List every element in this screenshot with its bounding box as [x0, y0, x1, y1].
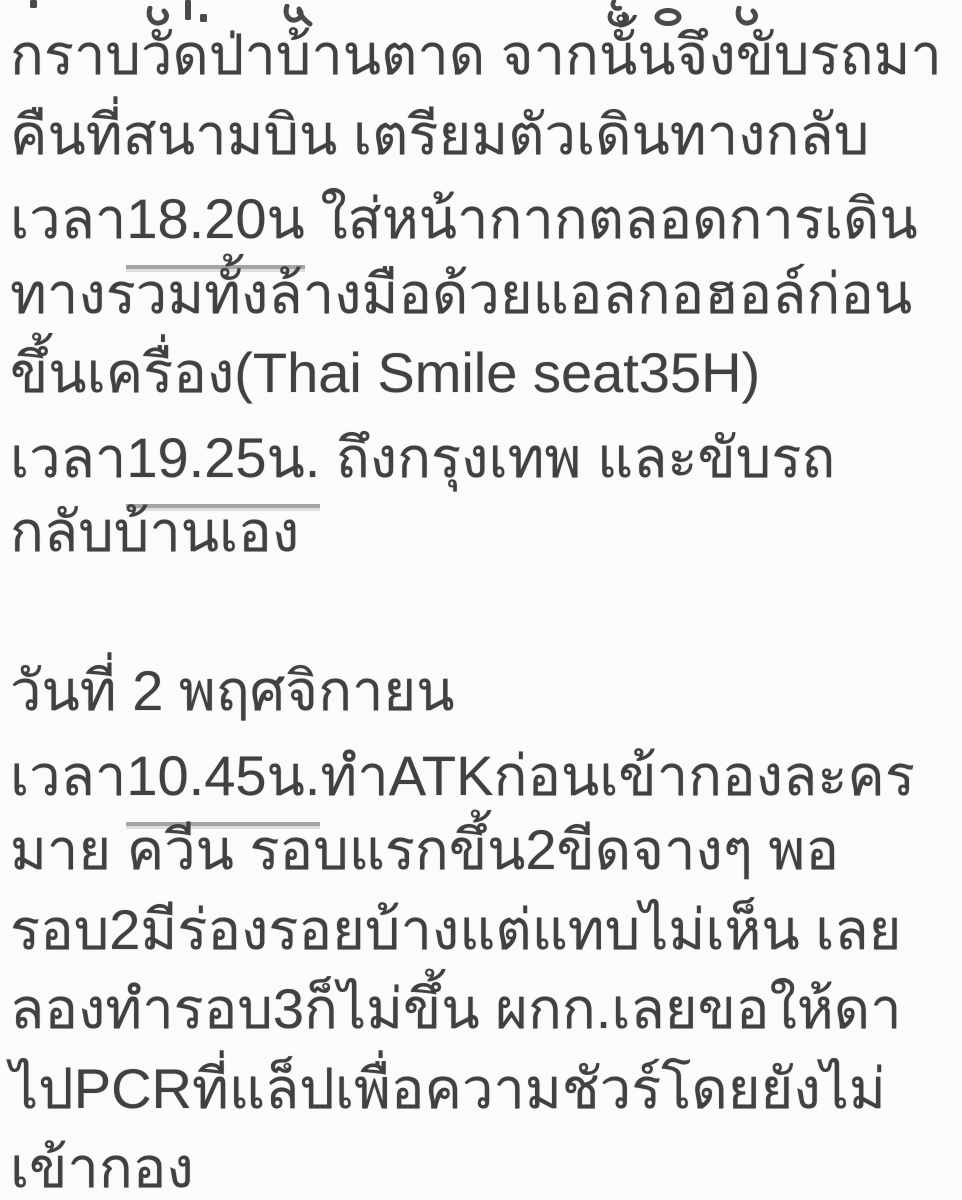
text-line: ทางรวมทั้งล้างมือด้วยแอลกอฮอล์ก่อน	[10, 254, 958, 334]
text-segment: วันที่ 2 พฤศจิกายน	[10, 659, 455, 722]
text-segment: ใส่หน้ากากตลอดการเดิน	[305, 187, 918, 250]
text-line: รอบ2มีร่องรอยบ้างแต่แทบไม่เห็น เลย	[10, 890, 958, 970]
text-line: มาย ควีน รอบแรกขึ้น2ขีดจางๆ พอ	[10, 810, 958, 890]
text-segment: มาย ควีน รอบแรกขึ้น2ขีดจางๆ พอ	[10, 818, 839, 881]
text-segment: เวลา	[10, 744, 126, 807]
text-segment: ไปPCRที่แล็ปเพื่อความชัวร์โดยยังไม่	[10, 1057, 886, 1120]
text-segment: รอบ2มีร่องรอยบ้างแต่แทบไม่เห็น เลย	[10, 898, 902, 961]
text-line: เวลา19.25น. ถึงกรุงเทพ และขับรถ	[10, 413, 958, 493]
document-text: กราบวัดป่าบ้านตาด จากนั้นจึงขับรถมาคืนที…	[10, 15, 958, 1200]
text-line: ไปPCRที่แล็ปเพื่อความชัวร์โดยยังไม่	[10, 1049, 958, 1129]
text-line: เวลา18.20น ใส่หน้ากากตลอดการเดิน	[10, 174, 958, 254]
text-line: วันที่ 2 พฤศจิกายน	[10, 651, 958, 731]
text-line: กราบวัดป่าบ้านตาด จากนั้นจึงขับรถมา	[10, 15, 958, 95]
text-segment: คืนที่สนามบิน เตรียมตัวเดินทางกลับ	[10, 103, 869, 166]
text-segment: เวลา	[10, 187, 126, 250]
blank-line	[10, 572, 958, 652]
text-line: ขึ้นเครื่อง(Thai Smile seat35H)	[10, 333, 958, 413]
text-line: คืนที่สนามบิน เตรียมตัวเดินทางกลับ	[10, 95, 958, 175]
text-segment: กราบวัดป่าบ้านตาด จากนั้นจึงขับรถมา	[10, 23, 942, 86]
text-segment: ขึ้นเครื่อง(Thai Smile seat35H)	[10, 341, 760, 404]
text-line: กลับบ้านเอง	[10, 492, 958, 572]
text-segment: เข้ากอง	[10, 1136, 194, 1199]
descender-dot	[30, 0, 38, 9]
text-line: ลองทำรอบ3ก็ไม่ขึ้น ผกก.เลยขอให้ดา	[10, 969, 958, 1049]
text-segment: ลองทำรอบ3ก็ไม่ขึ้น ผกก.เลยขอให้ดา	[10, 977, 902, 1040]
page: กราบวัดป่าบ้านตาด จากนั้นจึงขับรถมาคืนที…	[0, 0, 962, 1200]
text-segment: กลับบ้านเอง	[10, 500, 299, 563]
text-segment: ทำATKก่อนเข้ากองละคร	[320, 744, 915, 807]
text-line: เวลา10.45น.ทำATKก่อนเข้ากองละคร	[10, 731, 958, 811]
text-line: เข้ากอง	[10, 1128, 958, 1200]
text-segment: ถึงกรุงเทพ และขับรถ	[320, 426, 835, 489]
text-segment: ทางรวมทั้งล้างมือด้วยแอลกอฮอล์ก่อน	[10, 262, 912, 325]
text-segment: เวลา	[10, 426, 126, 489]
